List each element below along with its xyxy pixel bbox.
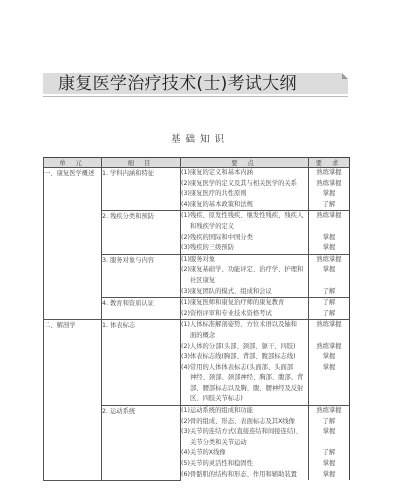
requirement-cell: 掌握 <box>309 363 350 406</box>
point-cell: (3)关节的连结方式(直接连结和间接连结)、关节分类和关节运动 <box>181 427 309 448</box>
point-text-continued: 和残疾学的定义 <box>181 222 308 233</box>
requirement-cell: 熟练掌握 <box>309 320 350 342</box>
point-cell: (5)关节的灵活性和稳固性 <box>181 459 309 470</box>
point-cell: (2)残疾的国际和中国分类 <box>181 233 309 244</box>
point-text: (1)康复医师和康复治疗师的康复教育 <box>181 299 284 306</box>
point-text-continued: 神经、颈部、颈部神经、胸部、腹部、背部、腰部标志以及胸、腹、腰神经及反射区、四肢… <box>181 373 308 405</box>
requirement-cell: 了解 <box>309 200 350 211</box>
table-header-row: 单 元 细 目 要 点 要 求 <box>44 158 350 168</box>
title-banner: 康复医学治疗技术(士)考试大纲 <box>43 73 348 94</box>
column-header-requirement: 要 求 <box>309 158 350 168</box>
requirement-cell: 熟练掌握 <box>309 211 350 233</box>
requirement-cell: 熟练掌握 <box>309 406 350 417</box>
requirement-cell: 了解 <box>309 298 350 309</box>
document-title: 康复医学治疗技术(士)考试大纲 <box>58 74 297 94</box>
point-text: (3)康复团队的模式、组成和会议 <box>181 288 272 295</box>
point-cell: (4)关节的X线像 <box>181 448 309 459</box>
requirement-cell: 了解 <box>309 287 350 298</box>
point-text: (1)康复的定义和基本内涵 <box>181 169 253 176</box>
requirement-cell: 熟练掌握 <box>309 254 350 265</box>
point-cell: (2)资格评审和专业技术资格考试 <box>181 309 309 320</box>
requirement-cell: 掌握 <box>309 470 350 481</box>
requirement-cell: 了解 <box>309 417 350 428</box>
point-text: (1)运动系统的组成和功能 <box>181 407 253 414</box>
point-text: (2)康复基础学、功能评定、治疗学、护理和 <box>181 266 303 273</box>
point-text: (3)体表标志线(胸部、背部、腹部标志线) <box>181 353 296 360</box>
point-text: (3)关节的连结方式(直接连结和间接连结)、 <box>181 428 302 435</box>
point-cell: (3)残疾的三级预防 <box>181 243 309 254</box>
point-cell: (1)运动系统的组成和功能 <box>181 406 309 417</box>
point-text: (3)残疾的三级预防 <box>181 244 234 251</box>
point-cell: (2)康复基础学、功能评定、治疗学、护理和社区康复 <box>181 265 309 286</box>
point-text: (4)康复的基本政策和法规 <box>181 201 253 208</box>
point-cell: (1)康复的定义和基本内涵 <box>181 168 309 179</box>
point-cell: (4)常用的人体体表标志(头面部、头面部神经、颈部、颈部神经、胸部、腹部、背部、… <box>181 363 309 406</box>
column-header-item: 细 目 <box>102 158 181 168</box>
point-cell: (2)骨的组成、形态、表面标志及其X线像 <box>181 417 309 428</box>
point-text: (2)康复医学的定义及其与相关医学的关系 <box>181 180 297 187</box>
point-cell: (1)康复医师和康复治疗师的康复教育 <box>181 298 309 309</box>
point-cell: (3)体表标志线(胸部、背部、腹部标志线) <box>181 352 309 363</box>
requirement-cell: 了解 <box>309 309 350 320</box>
column-header-point: 要 点 <box>181 158 309 168</box>
point-cell: (1)服务对象 <box>181 254 309 265</box>
point-text: (1)人体标准解剖姿势、方位术语以及轴和 <box>181 321 297 328</box>
requirement-cell: 掌握 <box>309 243 350 254</box>
requirement-cell: 掌握 <box>309 459 350 470</box>
point-text: (2)残疾的国际和中国分类 <box>181 234 253 241</box>
point-text: (2)资格评审和专业技术资格考试 <box>181 310 272 317</box>
point-text: (1)服务对象 <box>181 256 215 263</box>
item-cell: 2. 残疾分类和预防 <box>102 211 181 254</box>
item-cell: 1. 体表标志 <box>102 320 181 406</box>
point-text: (2)人体的分部(头部、颈部、躯干、四肢) <box>181 343 296 350</box>
requirement-cell: 熟练掌握 <box>309 342 350 353</box>
section-title: 基础知识 <box>0 131 400 145</box>
point-text-continued: 社区康复 <box>181 276 308 287</box>
unit-cell: 二、解剖学 <box>44 320 102 480</box>
point-cell: (1)人体标准解剖姿势、方位术语以及轴和面的概念 <box>181 320 309 342</box>
item-cell: 4. 教育和资质认证 <box>102 298 181 320</box>
point-text: (3)康复医疗的共性原则 <box>181 190 247 197</box>
point-cell: (4)康复的基本政策和法规 <box>181 200 309 211</box>
point-text-continued: 关节分类和关节运动 <box>181 438 308 449</box>
requirement-cell: 熟练掌握 <box>309 168 350 179</box>
point-cell: (2)康复医学的定义及其与相关医学的关系 <box>181 179 309 190</box>
requirement-cell: 掌握 <box>309 233 350 244</box>
item-cell: 3. 服务对象与内容 <box>102 254 181 297</box>
page-corner-fold <box>342 73 348 79</box>
item-cell: 2. 运动系统 <box>102 406 181 481</box>
title-underline <box>43 96 348 97</box>
unit-cell: 一、康复医学概述 <box>44 168 102 320</box>
requirement-cell: 掌握 <box>309 265 350 286</box>
point-cell: (3)康复医疗的共性原则 <box>181 189 309 200</box>
point-text-continued: 面的概念 <box>181 331 308 342</box>
point-text: (1)残疾、原发性残疾、继发性残疾、残疾人 <box>181 212 303 219</box>
table-row: 一、康复医学概述 1. 学科内涵和特征 (1)康复的定义和基本内涵 熟练掌握 <box>44 168 350 179</box>
point-text: (4)关节的X线像 <box>181 449 226 456</box>
column-header-unit: 单 元 <box>44 158 102 168</box>
point-text: (2)骨的组成、形态、表面标志及其X线像 <box>181 418 295 425</box>
point-text: (4)常用的人体体表标志(头面部、头面部 <box>181 364 293 371</box>
requirement-cell: 掌握 <box>309 427 350 448</box>
requirement-cell: 掌握 <box>309 189 350 200</box>
point-cell: (3)康复团队的模式、组成和会议 <box>181 287 309 298</box>
point-text: (5)关节的灵活性和稳固性 <box>181 460 253 467</box>
requirement-cell: 掌握 <box>309 352 350 363</box>
requirement-cell: 了解 <box>309 448 350 459</box>
item-cell: 1. 学科内涵和特征 <box>102 168 181 211</box>
point-cell: (6)骨骼肌的结构和形态、作用和辅助装置 <box>181 470 309 481</box>
point-text: (6)骨骼肌的结构和形态、作用和辅助装置 <box>181 471 297 478</box>
syllabus-table: 单 元 细 目 要 点 要 求 一、康复医学概述 1. 学科内涵和特征 (1)康… <box>43 157 350 481</box>
point-cell: (2)人体的分部(头部、颈部、躯干、四肢) <box>181 342 309 353</box>
table-row: 二、解剖学 1. 体表标志 (1)人体标准解剖姿势、方位术语以及轴和面的概念 熟… <box>44 320 350 342</box>
requirement-cell: 熟练掌握 <box>309 179 350 190</box>
point-cell: (1)残疾、原发性残疾、继发性残疾、残疾人和残疾学的定义 <box>181 211 309 233</box>
